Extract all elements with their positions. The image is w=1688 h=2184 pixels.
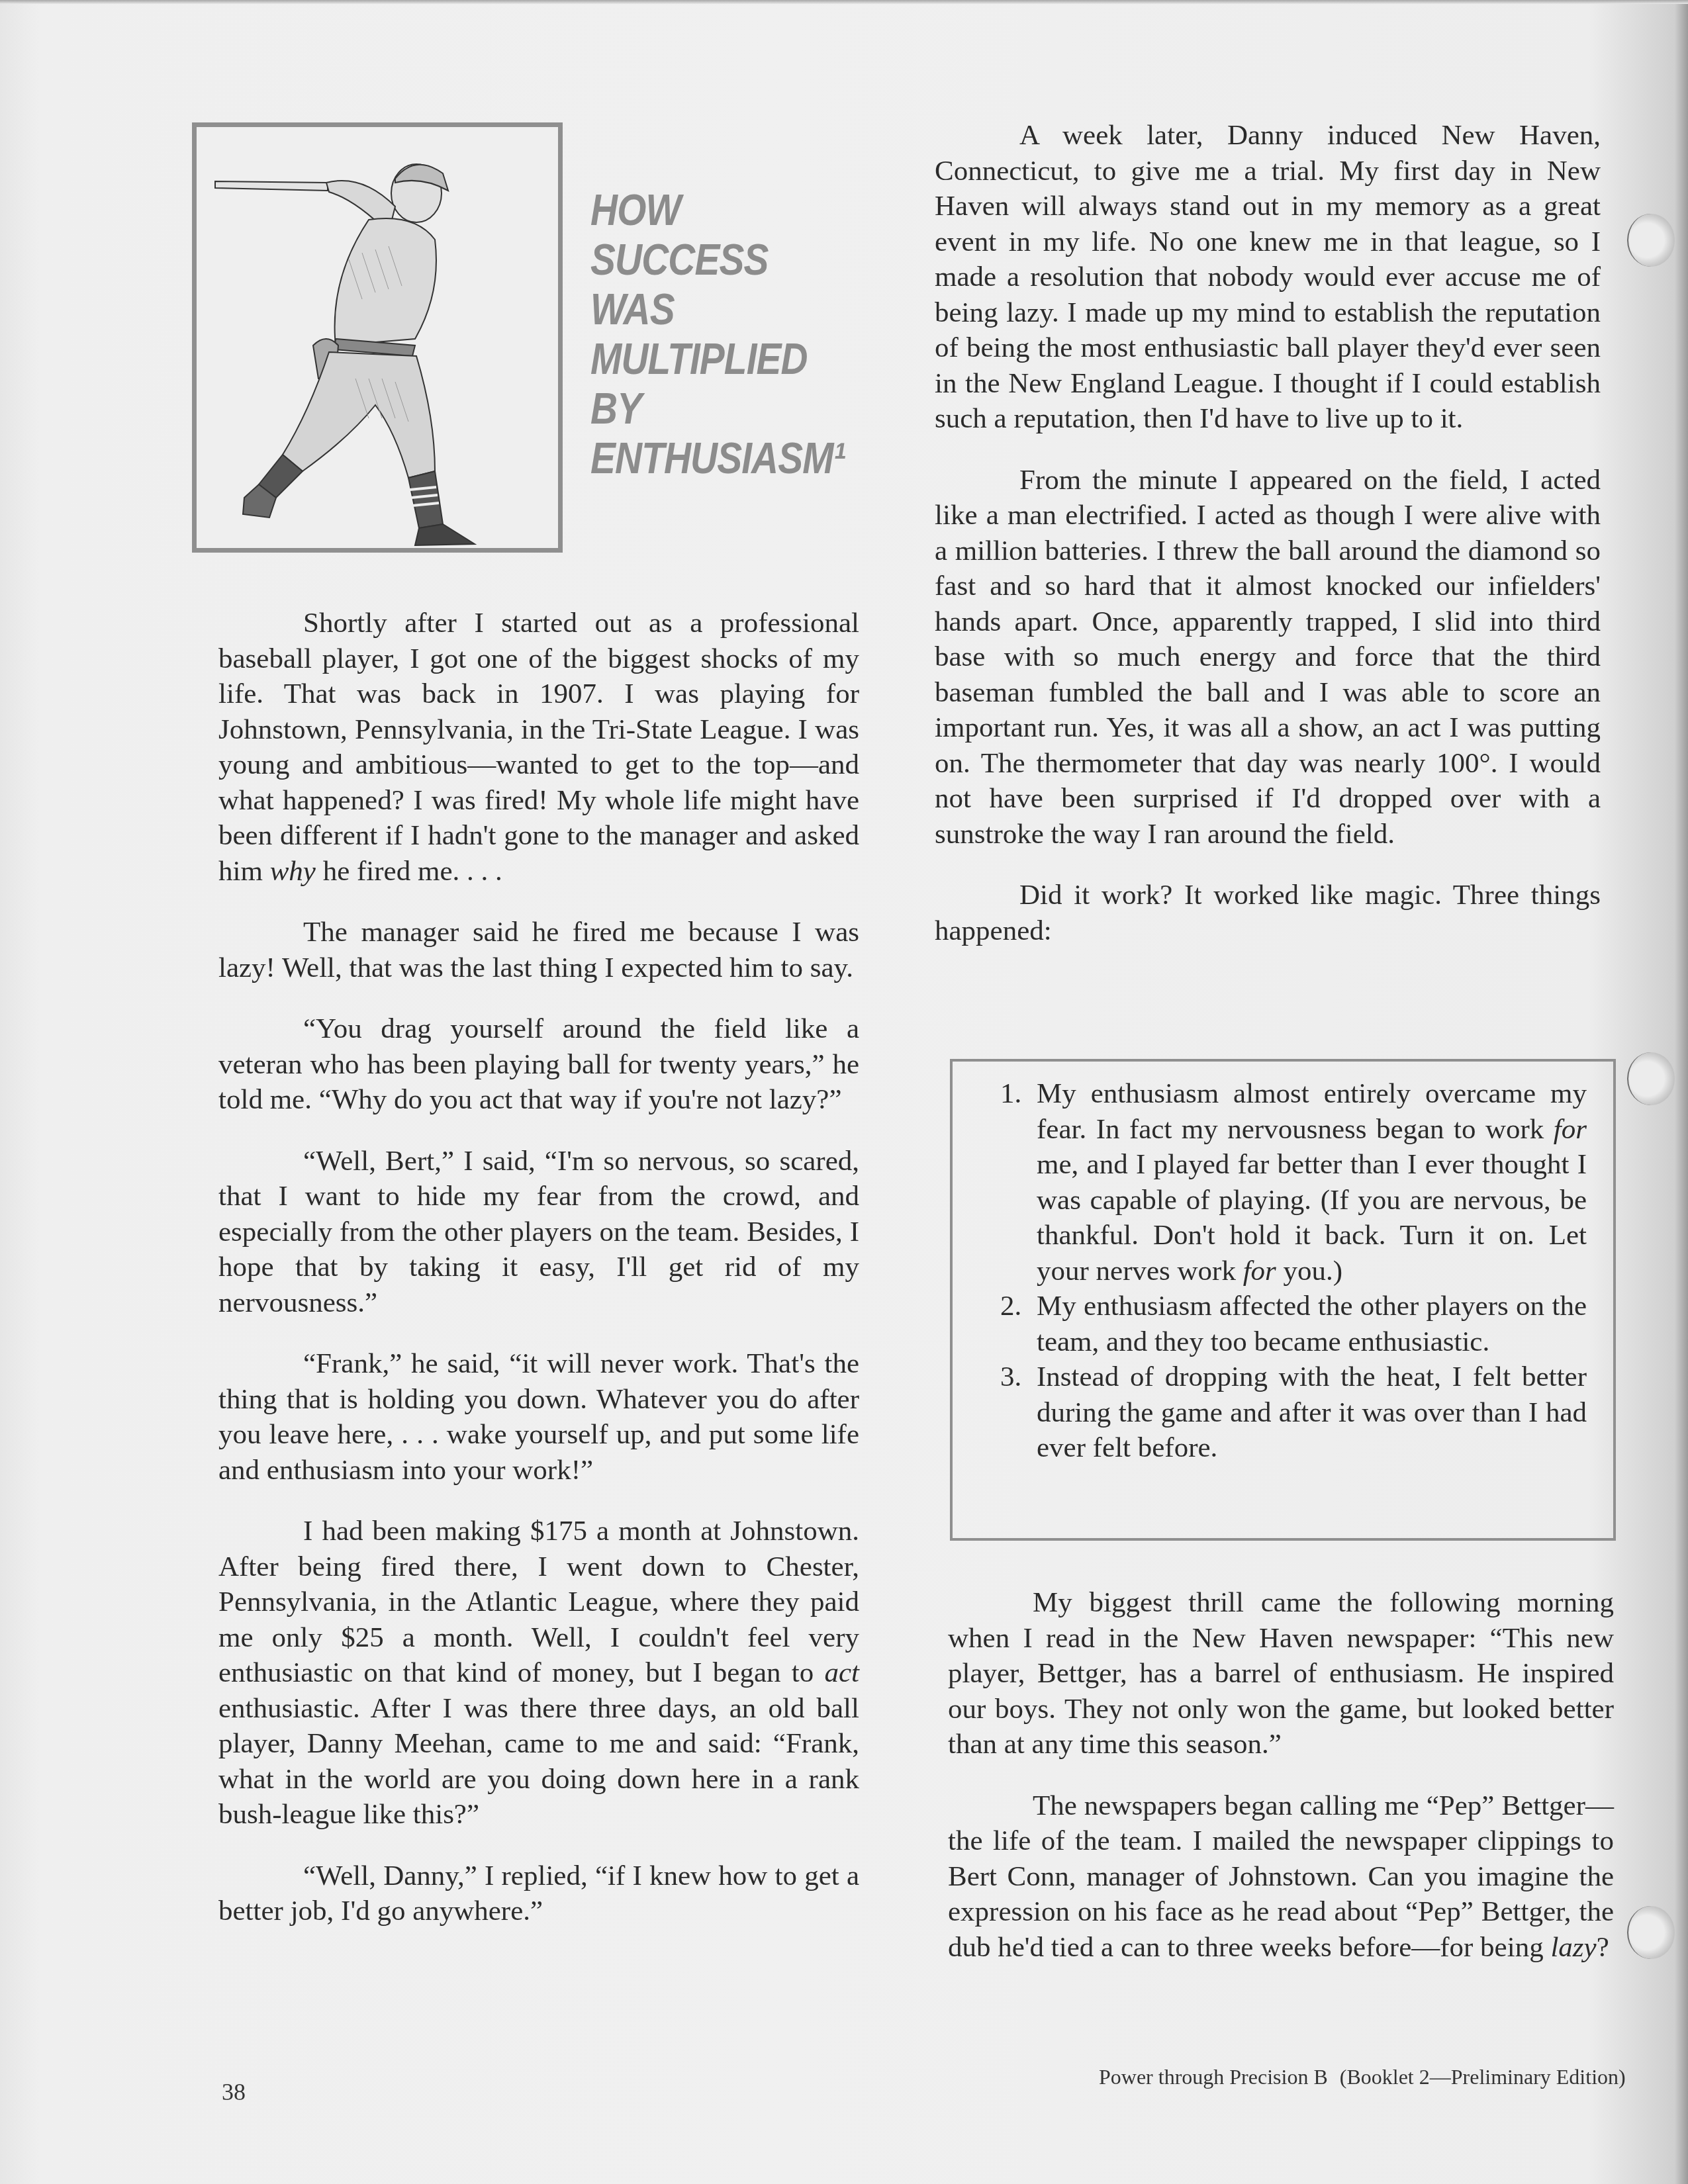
list-item: Instead of dropping with the heat, I fel… [1029, 1359, 1587, 1466]
list-item: My enthusiasm almost entirely overcame m… [1029, 1076, 1587, 1289]
title-line: SUCCESS [590, 235, 845, 285]
paragraph: The newspapers began calling me “Pep” Be… [948, 1788, 1614, 1966]
left-column: Shortly after I started out as a profess… [218, 606, 859, 1955]
paragraph: Shortly after I started out as a profess… [218, 606, 859, 889]
numbered-list: My enthusiasm almost entirely overcame m… [953, 1062, 1613, 1466]
binder-hole-icon [1627, 1906, 1675, 1959]
baseball-player-icon [197, 127, 558, 548]
title-line: MULTIPLIED [590, 334, 845, 384]
running-footer: Power through Precision B(Booklet 2—Prel… [1099, 2065, 1626, 2089]
page-number: 38 [222, 2078, 246, 2106]
list-item: My enthusiasm affected the other players… [1029, 1289, 1587, 1359]
edition-label: (Booklet 2—Preliminary Edition) [1340, 2065, 1626, 2089]
paragraph: “You drag yourself around the field like… [218, 1011, 859, 1118]
right-column-continued: My biggest thrill came the following mor… [948, 1585, 1614, 1991]
binder-hole-icon [1627, 214, 1675, 267]
document-page: HOW SUCCESS WAS MULTIPLIED BY ENTHUSIASM… [0, 0, 1688, 2184]
title-line: HOW [590, 185, 845, 235]
paragraph: I had been making $175 a month at Johnst… [218, 1514, 859, 1833]
baseball-player-illustration [192, 122, 563, 553]
title-line: WAS [590, 285, 845, 334]
paragraph: A week later, Danny induced New Haven, C… [935, 118, 1601, 437]
numbered-list-box: My enthusiasm almost entirely overcame m… [950, 1059, 1616, 1541]
paragraph: My biggest thrill came the following mor… [948, 1585, 1614, 1762]
book-title: Power through Precision B [1099, 2065, 1328, 2089]
paragraph: “Well, Danny,” I replied, “if I knew how… [218, 1858, 859, 1929]
paragraph: From the minute I appeared on the field,… [935, 463, 1601, 852]
page-top-edge [0, 0, 1688, 4]
binder-hole-icon [1627, 1052, 1675, 1105]
paragraph: Did it work? It worked like magic. Three… [935, 878, 1601, 948]
article-title: HOW SUCCESS WAS MULTIPLIED BY ENTHUSIASM… [590, 185, 845, 483]
title-line: BY [590, 384, 845, 433]
title-line: ENTHUSIASM¹ [590, 433, 845, 483]
paragraph: “Frank,” he said, “it will never work. T… [218, 1346, 859, 1488]
right-column: A week later, Danny induced New Haven, C… [935, 118, 1601, 974]
paragraph: The manager said he fired me because I w… [218, 915, 859, 985]
paragraph: “Well, Bert,” I said, “I'm so nervous, s… [218, 1144, 859, 1321]
